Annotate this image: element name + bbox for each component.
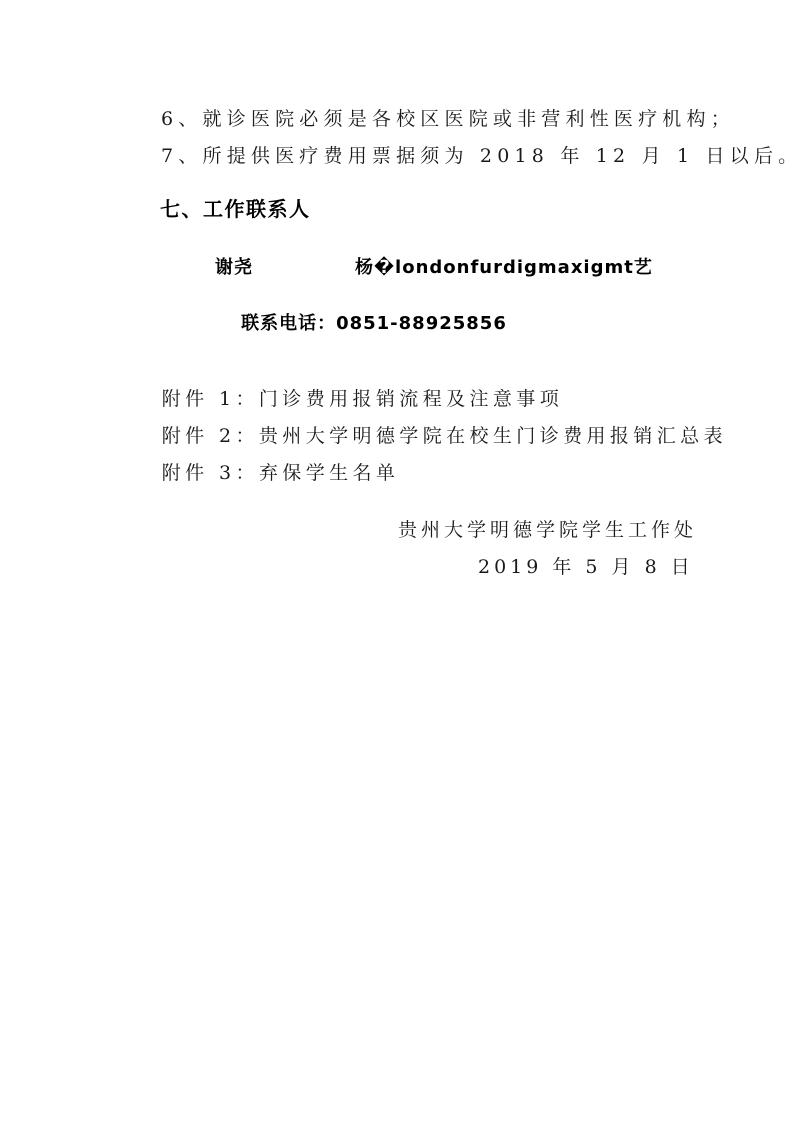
attachment-3-label: 附件 3： — [162, 462, 259, 484]
attachment-1-label: 附件 1： — [162, 388, 259, 410]
attachment-3: 附件 3：弃保学生名单 — [120, 445, 399, 502]
attachment-1-title: 门诊费用报销流程及注意事项 — [259, 388, 563, 410]
item-7-text: 7、所提供医疗费用票据须为 2018 年 12 月 1 日以后。 — [161, 147, 793, 166]
contact-name-1: 谢尧 — [215, 259, 253, 277]
phone-value: 0851-88925856 — [336, 313, 507, 334]
contact-name-2: 杨�londonfurdigmaxigmt艺 — [355, 259, 653, 277]
item-6-text: 6、就诊医院必须是各校区医院或非营利性医疗机构； — [161, 110, 735, 129]
phone-label: 联系电话： — [241, 313, 336, 334]
contact-phone: 联系电话：0851-88925856 — [212, 297, 507, 351]
attachment-2-title: 贵州大学明德学院在校生门诊费用报销汇总表 — [259, 425, 727, 447]
signature-org: 贵州大学明德学院学生工作处 — [398, 521, 697, 540]
attachment-2-label: 附件 2： — [162, 425, 259, 447]
attachment-3-title: 弃保学生名单 — [259, 462, 399, 484]
signature-date: 2019 年 5 月 8 日 — [478, 558, 694, 577]
section-heading-contacts: 七、工作联系人 — [160, 199, 311, 219]
